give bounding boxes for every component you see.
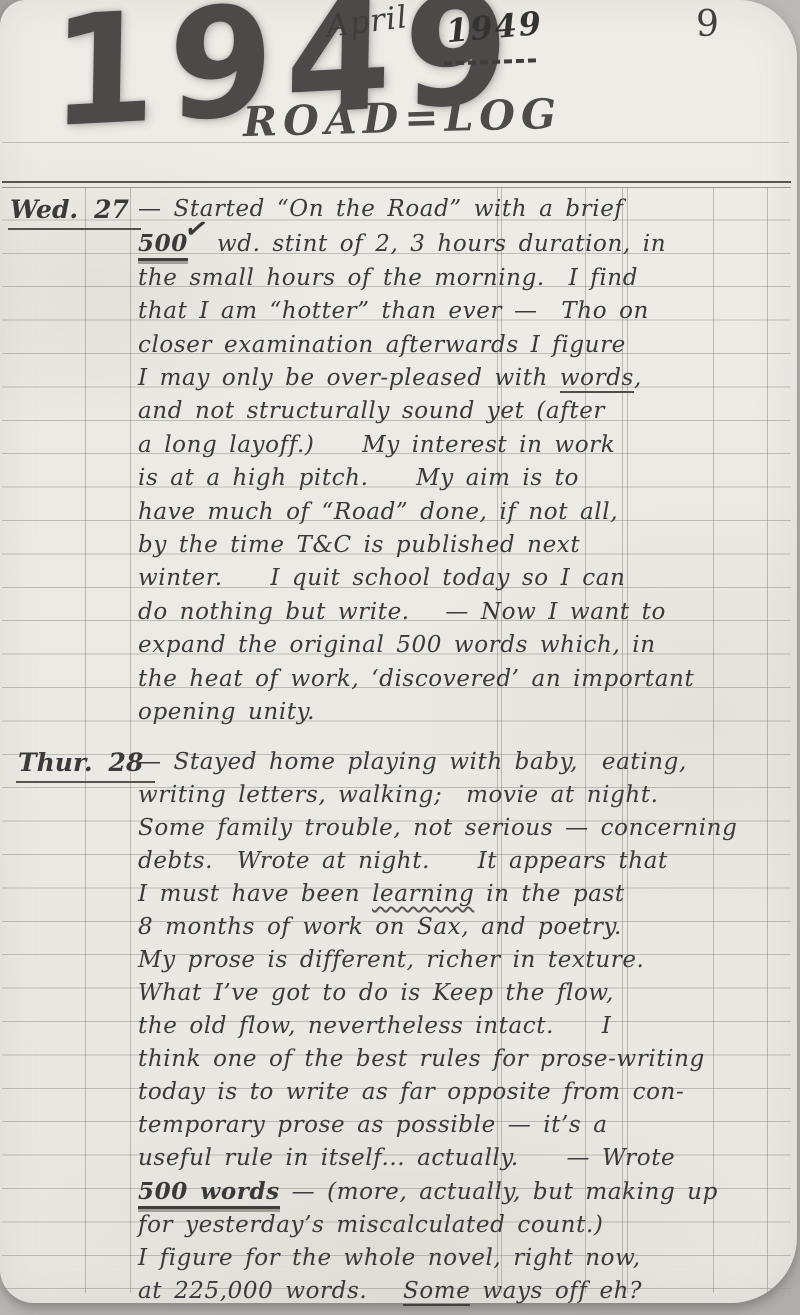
text-segment: I must have been <box>138 881 372 907</box>
text-segment: that I am “hotter” than ever — Tho on <box>138 298 649 324</box>
text-segment: a long layoff.) My interest in work <box>138 432 615 458</box>
text-segment: for yesterday’s miscalculated count.) <box>138 1212 603 1238</box>
text-segment: closer examination afterwards I figure <box>138 332 626 358</box>
entry-date-label: Wed.27 <box>8 195 141 230</box>
text-segment: winter. I quit school today so I can <box>138 565 625 591</box>
journal-line: useful rule in itself... actually. — Wro… <box>0 1142 797 1175</box>
text-segment: writing letters, walking; movie at night… <box>138 782 659 808</box>
entry-date-label: Thur.28 <box>16 748 155 783</box>
text-segment: I figure for the whole novel, right now, <box>138 1245 641 1271</box>
journal-line: for yesterday’s miscalculated count.) <box>0 1209 797 1242</box>
journal-line: closer examination afterwards I figure <box>0 329 797 362</box>
journal-line: think one of the best rules for prose-wr… <box>0 1043 797 1076</box>
journal-entry: Thur.28— Stayed home playing with baby, … <box>0 746 797 1308</box>
text-segment: ways off eh? <box>470 1278 642 1304</box>
text-segment: the heat of work, ‘discovered’ an import… <box>138 666 694 692</box>
journal-line: the small hours of the morning. I find <box>0 262 797 295</box>
text-segment: by the time T&C is published next <box>138 532 580 558</box>
text-segment: — Stayed home playing with baby, eating, <box>138 749 687 775</box>
journal-line: winter. I quit school today so I can <box>0 562 797 595</box>
entry-day: Thur. <box>18 748 93 777</box>
text-segment: wd. stint of 2, 3 hours duration, in <box>205 231 666 257</box>
journal-entry: Wed.27— Started “On the Road” with a bri… <box>0 193 797 730</box>
journal-line: debts. Wrote at night. It appears that <box>0 845 797 878</box>
journal-line: expand the original 500 words which, in <box>0 629 797 662</box>
journal-line: opening unity. <box>0 696 797 729</box>
journal-line: Some family trouble, not serious — conce… <box>0 812 797 845</box>
text-segment: in the past <box>474 881 624 907</box>
emphasized-text: 500 <box>138 230 188 258</box>
text-segment: is at a high pitch. My aim is to <box>138 465 579 491</box>
text-segment: 8 months of work on Sax, and poetry. <box>138 914 622 940</box>
journal-line: a long layoff.) My interest in work <box>0 429 797 462</box>
text-segment: and not structurally sound yet (after <box>138 398 605 424</box>
text-segment: have much of “Road” done, if not all, <box>138 499 618 525</box>
text-segment: the small hours of the morning. I find <box>138 265 638 291</box>
page-number: 9 <box>696 4 719 45</box>
text-segment: do nothing but write. — Now I want to <box>138 599 666 625</box>
journal-line: at 225,000 words. Some ways off eh? <box>0 1275 797 1308</box>
journal-line: I figure for the whole novel, right now, <box>0 1242 797 1275</box>
text-segment: today is to write as far opposite from c… <box>138 1079 684 1105</box>
journal-line: have much of “Road” done, if not all, <box>0 496 797 529</box>
text-segment: useful rule in itself... actually. — Wro… <box>138 1145 675 1171</box>
journal-line: the heat of work, ‘discovered’ an import… <box>0 663 797 696</box>
journal-line: writing letters, walking; movie at night… <box>0 779 797 812</box>
text-segment: temporary prose as possible — it’s a <box>138 1112 608 1138</box>
text-segment: debts. Wrote at night. It appears that <box>138 848 668 874</box>
entry-day: Wed. <box>10 195 78 224</box>
text-segment: Some family trouble, not serious — conce… <box>138 815 737 841</box>
journal-line: is at a high pitch. My aim is to <box>0 462 797 495</box>
journal-line: by the time T&C is published next <box>0 529 797 562</box>
text-segment: think one of the best rules for prose-wr… <box>138 1046 705 1072</box>
emphasized-text: words <box>188 1178 280 1206</box>
ledger-top-rule <box>2 181 791 188</box>
journal-line: do nothing but write. — Now I want to <box>0 596 797 629</box>
text-segment: My prose is different, richer in texture… <box>138 947 644 973</box>
entry-date: 27 <box>94 195 129 224</box>
journal-line: What I’ve got to do is Keep the flow, <box>0 977 797 1010</box>
text-segment: opening unity. <box>138 699 315 725</box>
emphasized-text: words <box>560 365 634 391</box>
page-title: ROAD=LOG <box>242 90 562 146</box>
text-segment: What I’ve got to do is Keep the flow, <box>138 980 614 1006</box>
text-segment: — (more, actually, but making up <box>280 1179 718 1205</box>
journal-line: temporary prose as possible — it’s a <box>0 1109 797 1142</box>
emphasized-text: learning <box>372 881 474 907</box>
journal-line: 500✓ wd. stint of 2, 3 hours duration, i… <box>0 226 797 261</box>
text-segment: I may only be over-pleased with <box>138 365 560 391</box>
year-label: 1949 <box>445 4 545 50</box>
journal-line: that I am “hotter” than ever — Tho on <box>0 295 797 328</box>
journal-line: and not structurally sound yet (after <box>0 395 797 428</box>
scan-background: 1949 April 1949 9 ROAD=LOG Wed.27— Start… <box>0 0 800 1315</box>
text-segment: at 225,000 words. <box>138 1278 403 1304</box>
journal-line: I must have been learning in the past <box>0 878 797 911</box>
journal-line: I may only be over-pleased with words, <box>0 362 797 395</box>
entry-date: 28 <box>109 748 144 777</box>
journal-line: 500 words — (more, actually, but making … <box>0 1175 797 1209</box>
journal-line: today is to write as far opposite from c… <box>0 1076 797 1109</box>
journal-line: 8 months of work on Sax, and poetry. <box>0 911 797 944</box>
text-segment: , <box>634 365 642 391</box>
text-segment: expand the original 500 words which, in <box>138 632 656 658</box>
journal-line: My prose is different, richer in texture… <box>0 944 797 977</box>
journal-line: the old flow, nevertheless intact. I <box>0 1010 797 1043</box>
text-segment: the old flow, nevertheless intact. I <box>138 1013 611 1039</box>
emphasized-text: 500 <box>138 1178 188 1206</box>
journal-page: 1949 April 1949 9 ROAD=LOG Wed.27— Start… <box>0 0 797 1303</box>
emphasized-text: Some <box>403 1278 470 1304</box>
